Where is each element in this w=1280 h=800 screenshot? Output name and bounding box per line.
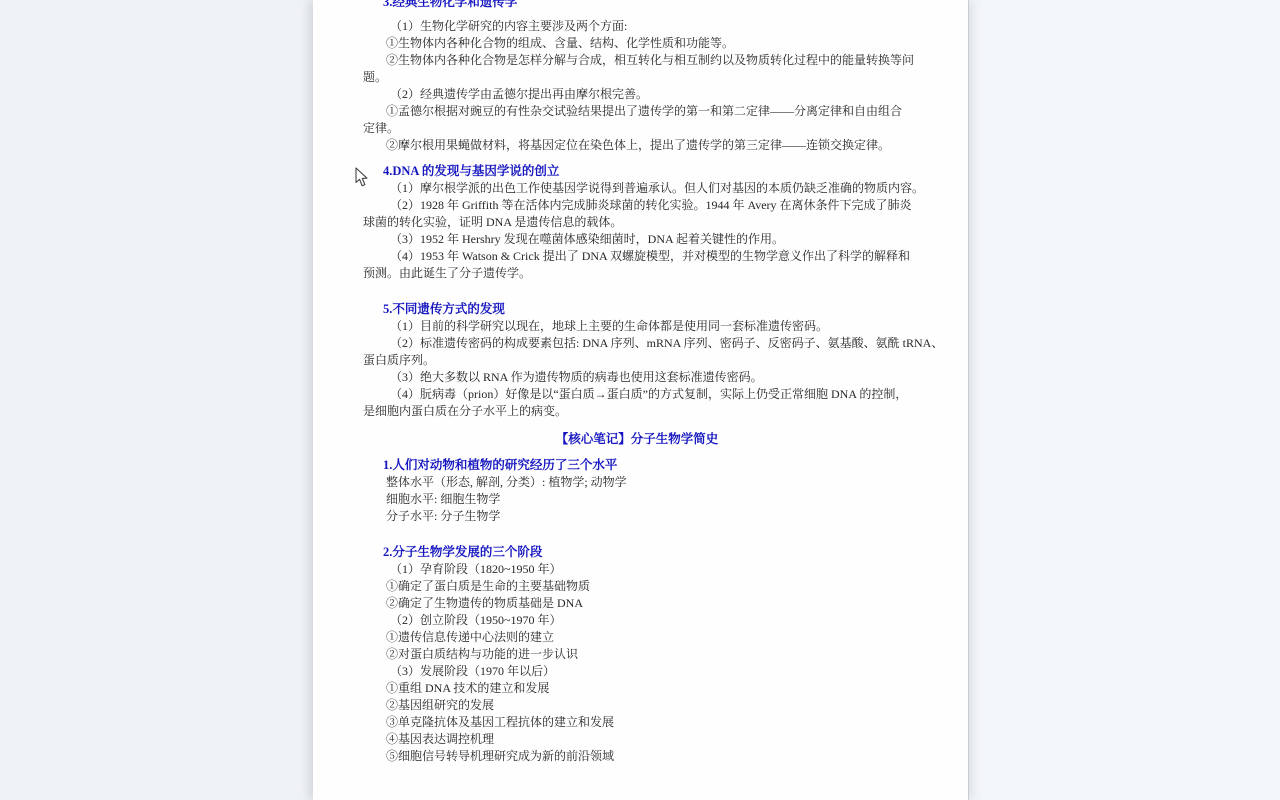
text-line: 整体水平（形态, 解剖, 分类）: 植物学; 动物学 <box>363 474 911 491</box>
text-line: （1）摩尔根学派的出色工作使基因学说得到普遍承认。但人们对基因的本质仍缺乏准确的… <box>363 180 911 197</box>
text-line: ①孟德尔根据对豌豆的有性杂交试验结果提出了遗传学的第一和第二定律——分离定律和自… <box>363 103 911 120</box>
text-line: ①生物体内各种化合物的组成、含量、结构、化学性质和功能等。 <box>363 35 911 52</box>
text-line: （2）创立阶段（1950~1970 年） <box>363 612 911 629</box>
text-line: （2）标准遗传密码的构成要素包括: DNA 序列、mRNA 序列、密码子、反密码… <box>363 335 911 352</box>
text-line: ①重组 DNA 技术的建立和发展 <box>363 680 911 697</box>
text-line: （2）经典遗传学由孟德尔提出再由摩尔根完善。 <box>363 86 911 103</box>
text-line: （1）孕育阶段（1820~1950 年） <box>363 561 911 578</box>
text-line: ②确定了生物遗传的物质基础是 DNA <box>363 595 911 612</box>
text-line: （2）1928 年 Griffith 等在活体内完成肺炎球菌的转化实验。1944… <box>363 197 911 214</box>
text-line: 预测。由此诞生了分子遗传学。 <box>363 265 911 282</box>
viewer-right-margin <box>969 0 1280 800</box>
document-content: 3.经典生物化学和遗传学（1）生物化学研究的内容主要涉及两个方面:①生物体内各种… <box>363 0 911 765</box>
text-line: ④基因表达调控机理 <box>363 731 911 748</box>
text-line: ②生物体内各种化合物是怎样分解与合成，相互转化与相互制约以及物质转化过程中的能量… <box>363 52 911 69</box>
section-heading: 4.DNA 的发现与基因学说的创立 <box>363 163 911 180</box>
section-heading: 2.分子生物学发展的三个阶段 <box>363 544 911 561</box>
section-heading: 1.人们对动物和植物的研究经历了三个水平 <box>363 457 911 474</box>
document-viewport: 3.经典生物化学和遗传学（1）生物化学研究的内容主要涉及两个方面:①生物体内各种… <box>0 0 1280 800</box>
section-heading: 3.经典生物化学和遗传学 <box>363 0 911 11</box>
center-heading: 【核心笔记】分子生物学简史 <box>363 431 911 448</box>
text-line: ③单克隆抗体及基因工程抗体的建立和发展 <box>363 714 911 731</box>
document-page: 3.经典生物化学和遗传学（1）生物化学研究的内容主要涉及两个方面:①生物体内各种… <box>313 0 969 800</box>
text-line: ②基因组研究的发展 <box>363 697 911 714</box>
text-line: 是细胞内蛋白质在分子水平上的病变。 <box>363 403 911 420</box>
text-line: （3）1952 年 Hershry 发现在噬菌体感染细菌时，DNA 起着关键性的… <box>363 231 911 248</box>
text-line: （3）发展阶段（1970 年以后） <box>363 663 911 680</box>
text-line: 球菌的转化实验，证明 DNA 是遗传信息的载体。 <box>363 214 911 231</box>
text-line: 蛋白质序列。 <box>363 352 911 369</box>
text-line: 题。 <box>363 69 911 86</box>
text-line: 细胞水平: 细胞生物学 <box>363 491 911 508</box>
text-line: ①确定了蛋白质是生命的主要基础物质 <box>363 578 911 595</box>
text-line: （3）绝大多数以 RNA 作为遗传物质的病毒也使用这套标准遗传密码。 <box>363 369 911 386</box>
section-heading: 5.不同遗传方式的发现 <box>363 301 911 318</box>
text-line: 分子水平: 分子生物学 <box>363 508 911 525</box>
text-line: ①遗传信息传递中心法则的建立 <box>363 629 911 646</box>
text-line: （4）朊病毒（prion）好像是以“蛋白质→蛋白质”的方式复制，实际上仍受正常细… <box>363 386 911 403</box>
text-line: （1）生物化学研究的内容主要涉及两个方面: <box>363 18 911 35</box>
text-line: ⑤细胞信号转导机理研究成为新的前沿领域 <box>363 748 911 765</box>
text-line: （1）目前的科学研究以现在，地球上主要的生命体都是使用同一套标准遗传密码。 <box>363 318 911 335</box>
text-line: （4）1953 年 Watson & Crick 提出了 DNA 双螺旋模型，并… <box>363 248 911 265</box>
text-line: ②对蛋白质结构与功能的进一步认识 <box>363 646 911 663</box>
text-line: ②摩尔根用果蝇做材料，将基因定位在染色体上，提出了遗传学的第三定律——连锁交换定… <box>363 137 911 154</box>
text-line: 定律。 <box>363 120 911 137</box>
